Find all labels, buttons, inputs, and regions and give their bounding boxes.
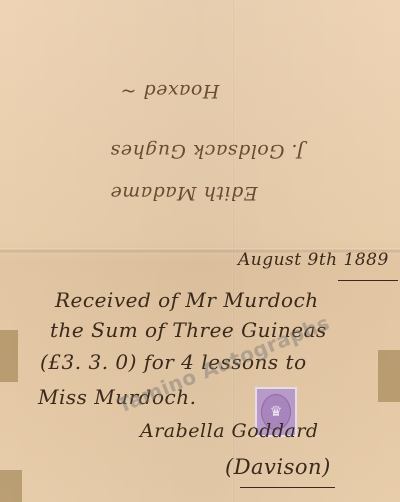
signature-underline bbox=[240, 487, 335, 488]
date-underline bbox=[338, 280, 398, 281]
tape-left-lower bbox=[0, 470, 22, 502]
tape-right bbox=[378, 350, 400, 402]
endorsement-line-3: Edith Madame bbox=[110, 182, 258, 204]
endorsement-line-1: Hoaxed ~ bbox=[120, 80, 219, 102]
signature: Arabella Goddard bbox=[140, 420, 319, 442]
signature-note: (Davison) bbox=[225, 455, 331, 479]
receipt-date: August 9th 1889 bbox=[238, 250, 389, 270]
endorsement-line-2: J. Goldsack Gughes bbox=[110, 140, 304, 162]
receipt-line-1: Received of Mr Murdoch bbox=[55, 288, 319, 312]
tape-left-upper bbox=[0, 330, 18, 382]
